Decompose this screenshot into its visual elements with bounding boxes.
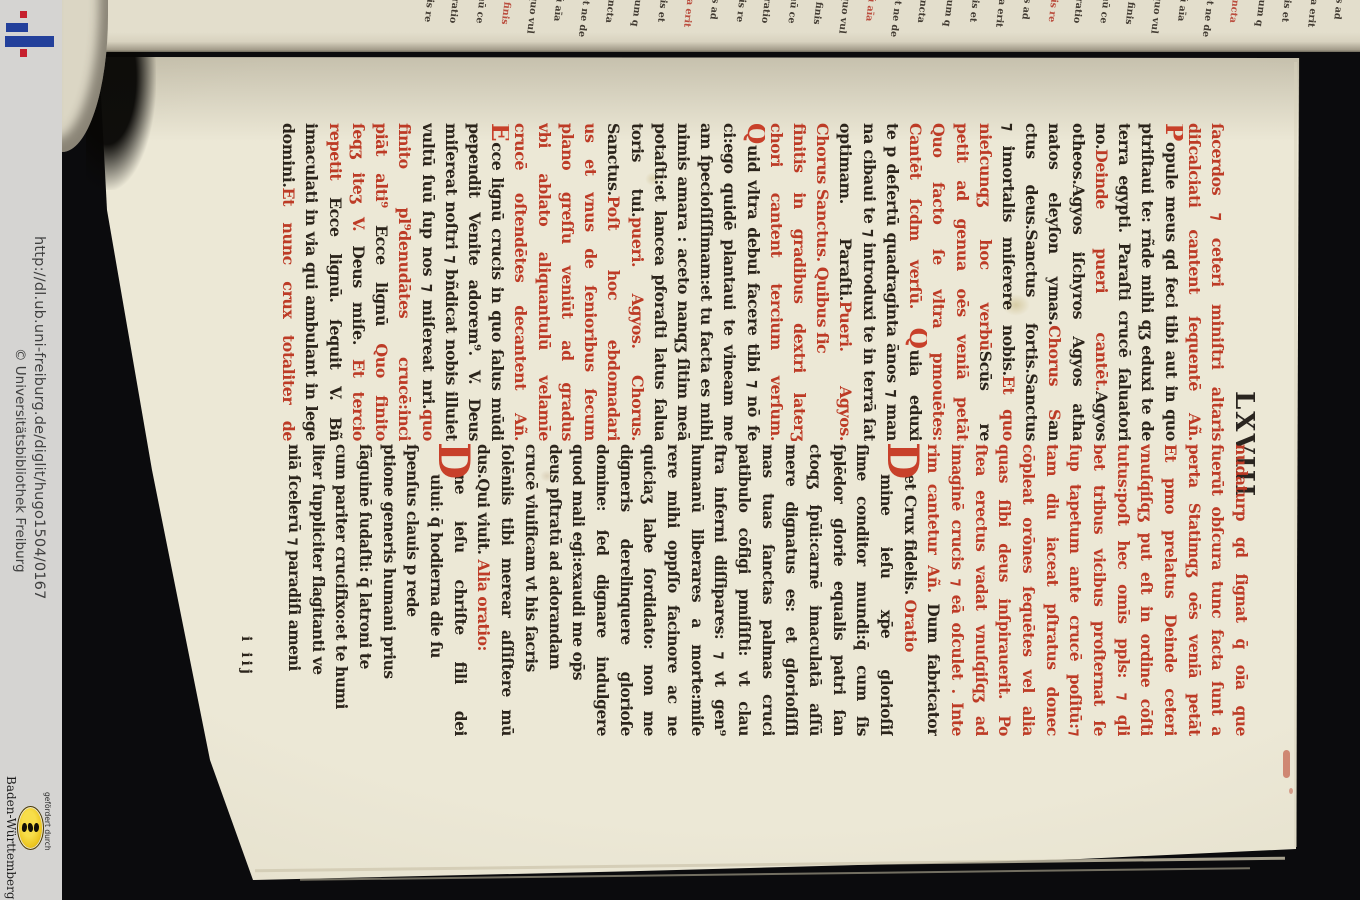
black-ink-text: Agyos — [1092, 391, 1111, 441]
black-ink-text: imaculati in via qui ambulant in lege — [302, 123, 321, 441]
black-ink-text: uiui: q̄ hodierna die ſu — [427, 474, 445, 658]
red-rubric-text: ſeqʒ iteʒ V. — [349, 123, 368, 245]
manuscript-text-line: ⁊ imortalis miſerere nobis.Et quo — [997, 123, 1020, 441]
partially-visible-text-fragment: nū ce — [1097, 0, 1111, 24]
manuscript-text-line: ſpenſus clauis p rede — [400, 444, 424, 736]
partially-visible-text-fragment: mis et — [967, 0, 982, 23]
black-ink-text: ſāguinē ſudaſti: q̄ latroni te — [356, 444, 374, 669]
manuscript-text-line: tam diu iaceat pſtratus donec — [1039, 444, 1063, 736]
black-ink-text: ſplēdor glorie equalis patri ſan — [830, 444, 848, 736]
manuscript-text-line: niā ſcelerū ⁊ paradiſi ameni — [281, 444, 305, 736]
black-ink-text: mine ieſu xp̄e glorioſiſ — [877, 474, 895, 736]
red-rubric-text: Et quo — [999, 376, 1018, 441]
copyright-notice: © Universitätsbibliothek Freiburg — [12, 348, 28, 573]
black-ink-text: quiciaʒ labe ſordidato: non me — [640, 444, 658, 736]
black-ink-text: liter ſuppliciter flagitanti ve — [309, 444, 327, 675]
manuscript-text-line: Quid vltra debui facere tibi ⁊ nō fe — [741, 123, 764, 441]
red-rubric-text: cōpleat orōnes ſequētes vel alia — [1019, 444, 1037, 736]
partially-visible-text-fragment: quo vul — [1148, 0, 1164, 34]
manuscript-text-line: imaculati in via qui ambulant in lege — [300, 123, 323, 441]
red-rubric-text: finitis in gradibus dextri laterʒ — [790, 123, 809, 441]
manuscript-text-line: rim cantetur Añ. Dum fabricator — [921, 444, 945, 736]
partially-visible-text-fragment: et ne de — [888, 0, 904, 38]
manuscript-text-line: ptione generis humani prius — [376, 444, 400, 736]
manuscript-text-line: quod mali egi:exaudi me op̄s — [566, 444, 590, 736]
black-ink-text: mas tuas ſanctas palmas cruci — [759, 444, 777, 736]
black-ink-text: ptriſtaui te: rñde mihi qʒ eduxi te de — [1138, 123, 1157, 441]
partially-visible-text-fragment: Oratio — [1071, 0, 1086, 24]
partially-visible-text-fragment: tis re — [1046, 0, 1060, 23]
partially-visible-text-fragment: is finis — [811, 0, 826, 25]
black-ink-text: domini. — [279, 123, 298, 187]
manuscript-text-line: crucē oſtendētes decantent Añ. — [509, 123, 532, 441]
black-ink-text: natos eleyſon ymas. — [1045, 123, 1064, 325]
red-rubric-text: repetit — [326, 123, 345, 197]
black-ink-text: uia eduxi — [906, 350, 925, 441]
black-ink-text: ſpenſus clauis p rede — [403, 444, 421, 617]
manuscript-text-line: na cibaui te ⁊ introduxi te in terrā ſat — [858, 123, 881, 441]
red-rubric-text: Et tercio — [349, 359, 368, 441]
red-rubric-text: Deinde pueri cantēt. — [1092, 149, 1111, 391]
red-rubric-text: quas ſibi deus inſpirauerit. Po — [995, 444, 1013, 736]
black-ink-text: ſolēniis tibi merear aſſiſtere mū — [498, 444, 516, 736]
partially-visible-text-fragment: cū aīa — [1175, 0, 1190, 22]
black-ink-text: digneris derelinquere glorioſe — [617, 444, 635, 736]
manuscript-text-line: finitis in gradibus dextri laterʒ — [788, 123, 811, 441]
red-rubric-text: chori cantent tercium verſum. — [767, 123, 786, 441]
manuscript-text-line: nieſcunqʒ hoc verbūScūs re — [974, 123, 997, 441]
ink-smudge — [1283, 750, 1290, 778]
black-ink-text: ſime conditor mundi:q̄ cum ſis — [853, 444, 871, 736]
manuscript-text-line: perta Statimqʒ oēs veniā petāt — [1181, 444, 1205, 736]
partially-visible-text-fragment: ta erit — [993, 0, 1008, 28]
red-rubric-text: Et pmo prelatus Deinde ceteri — [1161, 444, 1179, 736]
partially-visible-text-fragment: rum q — [629, 0, 644, 27]
manuscript-text-line: Cantēt ſcdm verſū. Quia eduxi — [904, 123, 927, 441]
black-ink-text: deus pſtratū ad adorandam — [546, 444, 564, 669]
partially-visible-text-fragment: nū ce — [785, 0, 799, 24]
red-rubric-text: nieſcunqʒ hoc verbū — [976, 123, 995, 351]
manuscript-text-line: ne ieſu chriſte fili dei — [447, 444, 471, 736]
red-rubric-text: quo — [419, 409, 438, 441]
black-ink-text: Ecce lignū — [372, 225, 391, 343]
red-rubric-text: Pueri. Agyos. — [837, 301, 856, 441]
red-rubric-text: Chorus Sanctus. Quibus ſic — [813, 123, 832, 353]
black-ink-text: nimis amara : aceto nanqʒ ſitim meā — [674, 123, 693, 441]
partially-visible-text-fragment: nū ce — [473, 0, 487, 24]
book-scan-viewer: tis reOrationū ceis finisquo vulcū aīaet… — [0, 0, 1360, 900]
manuscript-text-line: domine: ſed dignare indulgere — [589, 444, 613, 736]
manuscript-text-line: fuerūt obſcura tunc facta ſunt a — [1205, 444, 1229, 736]
manuscript-text-line: potaſti:et lancea pforaſti latus ſalua — [649, 123, 672, 441]
manuscript-text-line: cum pariter crucifixo:et te humi — [329, 444, 353, 736]
red-rubric-text: Quo facto ſe vltra pmouētes: — [929, 123, 948, 441]
manuscript-text-line: vnuſqiſqʒ put eſt in ordine cōſti — [1134, 444, 1158, 736]
black-ink-text: humanū liberares a morte:miſe — [688, 444, 706, 736]
manuscript-text-line: dus.Qui viuit. Alia oratio: — [471, 444, 495, 736]
black-ink-text: Dum fabricator — [924, 603, 942, 736]
partially-visible-text-fragment: ſancta — [915, 0, 930, 24]
partially-visible-text-fragment: cū aīa — [863, 0, 878, 22]
red-rubric-text: perta Statimqʒ oēs veniā petāt — [1185, 444, 1203, 736]
manuscript-text-line: Popule meus qd feci tibi aut in quo — [1159, 123, 1182, 441]
black-ink-text: cce lignū crucis in quo ſalus mūdi — [488, 142, 507, 441]
manuscript-text-line: no.Deinde pueri cantēt.Agyos — [1090, 123, 1113, 441]
manuscript-text-line: chori cantent tercium verſum. — [765, 123, 788, 441]
red-rubric-text: pueri. Agyos. Chorus. — [628, 217, 647, 441]
manuscript-text-line: liter ſuppliciter flagitanti ve — [305, 444, 329, 736]
manuscript-text-line: humanū liberares a morte:miſe — [684, 444, 708, 736]
red-rubric-text: tam diu iaceat pſtratus donec — [1043, 444, 1061, 736]
manuscript-text-line: ſplēdor glorie equalis patri ſan — [826, 444, 850, 736]
black-ink-text: ctoqʒ ſpūi:carnē imaculatā aſſū — [806, 444, 824, 736]
text-column-a: ſacerdos ⁊ ceteri miniſtri altarisdiſcal… — [276, 123, 1229, 441]
manuscript-text-line: mere dignatus es: et glorioſiſſi — [779, 444, 803, 736]
black-ink-text: crucē viuificam vt his ſacris — [522, 444, 540, 672]
black-ink-text: niā ſcelerū ⁊ paradiſi ameni — [285, 444, 303, 671]
manuscript-text-line: nudaturp qd ſignat q̄ oīa que — [1228, 444, 1252, 736]
partially-visible-text-fragment: tis re — [422, 0, 436, 23]
manuscript-text-line: terra egypti. Paraſti crucē ſaluatori — [1113, 123, 1136, 441]
manuscript-text-line: ſup tapetum ante crucē poſitū:⁊ — [1063, 444, 1087, 736]
black-ink-text: ⁊ imortalis miſerere nobis. — [999, 123, 1018, 376]
quire-signature: i iij — [234, 636, 258, 702]
viewer-sidebar: http://dl.ub.uni-freiburg.de/diglit/hugo… — [0, 0, 62, 900]
black-ink-text: patibulo cōfigi pmiſiſti: vt clau — [735, 444, 753, 736]
manuscript-text-line: ci:ego quidē plantaui te vineam me — [718, 123, 741, 441]
partially-visible-text-fragment: ta erit — [681, 0, 696, 28]
red-rubric-text: diſcalciati cantent ſequentē Añ. — [1185, 123, 1204, 441]
red-rubric-text: fuerūt obſcura tunc facta ſunt a — [1208, 444, 1226, 736]
red-rubric-text: nudaturp qd ſignat q̄ oīa que — [1232, 444, 1250, 736]
logo-blue-bar — [6, 23, 28, 32]
manuscript-text-line: et Crux fidelis. Oratio — [897, 444, 921, 736]
partially-visible-text-fragment: is finis — [499, 0, 514, 25]
manuscript-text-line: ſeqʒ iteʒ V. Deus miſe. Et tercio — [347, 123, 370, 441]
red-rubric-text: Poſt hoc ebdomadari — [604, 196, 623, 441]
manuscript-text-line: miſereat noſtri ⁊ bñdicat nobis illuiet — [440, 123, 463, 441]
manuscript-text-line: nimis amara : aceto nanqʒ ſitim meā — [672, 123, 695, 441]
partially-visible-text-fragment: Oratio — [759, 0, 774, 24]
manuscript-text-line: Quo facto ſe vltra pmouētes: — [927, 123, 950, 441]
manuscript-text-line: quas ſibi deus inſpirauerit. Po — [992, 444, 1016, 736]
red-rubric-text: Chorus S — [1045, 325, 1064, 420]
partially-visible-text-fragment: ris ad — [707, 0, 722, 20]
partially-visible-text-fragment: quo vul — [524, 0, 540, 34]
red-rubric-text: piāt alti⁹ — [372, 123, 391, 225]
text-column-b: nudaturp qd ſignat q̄ oīa quefuerūt obſc… — [281, 444, 1252, 736]
leaf-edge-line — [1294, 62, 1297, 847]
manuscript-text-line: toris tui.pueri. Agyos. Chorus. — [625, 123, 648, 441]
red-rubric-text: Q — [904, 328, 927, 349]
manuscript-text-line: petit ad genua oēs veniā petāt — [950, 123, 973, 441]
funding-note: gefördert durch — [43, 792, 52, 851]
manuscript-text-line: patibulo cōfigi pmiſiſti: vt clau — [731, 444, 755, 736]
black-ink-text: no. — [1092, 123, 1111, 149]
red-rubric-text: E — [486, 123, 509, 141]
partially-visible-text-fragment: mis et — [655, 0, 670, 23]
manuscript-text-line: finito pl⁹denudātes crucē:inci — [393, 123, 416, 441]
manuscript-text-line: ſāguinē ſudaſti: q̄ latroni te — [352, 444, 376, 736]
manuscript-text-line: digneris derelinquere glorioſe — [613, 444, 637, 736]
partially-visible-text-fragment: et ne de — [576, 0, 592, 38]
manuscript-text-line: vultū ſuū ſup nos ⁊ miſereat nri.quo — [416, 123, 439, 441]
manuscript-text-line: mas tuas ſanctas palmas cruci — [755, 444, 779, 736]
red-rubric-text: vnuſqiſqʒ put eſt in ordine cōſti — [1137, 444, 1155, 736]
black-ink-text: te p deſertū quadraginta ānos ⁊ man — [883, 123, 902, 441]
red-rubric-text: imaginē crucis ⁊ eā oſculet . Inte — [948, 444, 966, 736]
black-ink-text: quod mali egi:exaudi me op̄s — [569, 444, 587, 680]
partially-visible-text-fragment: quo vul — [836, 0, 852, 34]
manuscript-text-line: am ſpecioſiſſimam:et tu facta es mihi — [695, 123, 718, 441]
red-rubric-text: bet tribus vicibus proſternat ſe — [1090, 444, 1108, 736]
black-ink-text: Sanctus. — [604, 123, 623, 196]
black-ink-text: domine: ſed dignare indulgere — [593, 444, 611, 736]
manuscript-text-line: ctus deus.Sanctus fortis.Sanctus — [1020, 123, 1043, 441]
lombard-initial: D — [431, 442, 474, 479]
manuscript-text-line: quiciaʒ labe ſordidato: non me — [637, 444, 661, 736]
black-ink-text: miſereat noſtri ⁊ bñdicat nobis illuiet — [442, 123, 461, 441]
manuscript-text-line: cōpleat orōnes ſequētes vel alia — [1015, 444, 1039, 736]
red-rubric-text: us et vnus de ſenioribus ſecum — [581, 123, 600, 441]
manuscript-text-line: imaginē crucis ⁊ eā oſculet . Inte — [944, 444, 968, 736]
manuscript-text-line: mine ieſu xp̄e glorioſiſ — [873, 444, 897, 736]
black-ink-text: opule meus qd feci tibi aut in quo — [1162, 142, 1181, 441]
manuscript-text-line: ſtra inferni diſſipares: ⁊ vt gen⁹ — [708, 444, 732, 736]
black-ink-text: potaſti:et lancea pforaſti latus ſalua — [651, 123, 670, 441]
partially-visible-text-fragment: rum q — [941, 0, 956, 27]
black-ink-text: terra egypti. Paraſti crucē ſaluatori — [1115, 123, 1134, 441]
black-ink-text: am ſpecioſiſſimam:et tu facta es mihi — [697, 123, 716, 441]
manuscript-text-line: crucē viuificam vt his ſacris — [518, 444, 542, 736]
logo-blue-bar — [5, 36, 54, 47]
partially-visible-text-fragment: rum q — [1253, 0, 1268, 27]
partially-visible-text-fragment: is finis — [1123, 0, 1138, 25]
manuscript-text-line: Chorus Sanctus. Quibus ſic — [811, 123, 834, 441]
red-rubric-text: crucē oſtendētes decantent Añ. — [511, 123, 530, 441]
manuscript-text-line: vbi ablato aliquantulū velamīe — [532, 123, 555, 441]
manuscript-text-line: Sanctus.Poſt hoc ebdomadari — [602, 123, 625, 441]
ub-freiburg-logo-icon — [0, 0, 62, 64]
red-rubric-text: ſup tapetum ante crucē poſitū:⁊ — [1066, 444, 1084, 736]
facing-page-edge: tis reOrationū ceis finisquo vulcū aīaet… — [62, 0, 1360, 52]
manuscript-text-line: deus pſtratū ad adorandam — [542, 444, 566, 736]
black-ink-text: mere dignatus es: et glorioſiſſi — [782, 444, 800, 736]
manuscript-text-line: bet tribus vicibus proſternat ſe — [1086, 444, 1110, 736]
manuscript-text-line: domini.Et nunc crux totaliter de — [277, 123, 300, 441]
black-ink-text: rere mihi oppſſo facinore ac ne — [664, 444, 682, 736]
black-ink-text: optimam. Paraſti. — [837, 123, 856, 301]
partially-visible-text-fragment: ta erit — [1305, 0, 1320, 28]
manuscript-text-line: tutus:poſt hec omīs ppls: ⁊ qli — [1110, 444, 1134, 736]
ink-smudge — [1289, 788, 1293, 794]
manuscript-text-line: Et pmo prelatus Deinde ceteri — [1157, 444, 1181, 736]
red-rubric-text: ſtea erectus vadat vnuſqiſqʒ ad — [972, 444, 990, 736]
red-rubric-text: Alia oratio: — [475, 559, 493, 650]
manuscript-text-line: natos eleyſon ymas.Chorus San — [1043, 123, 1066, 441]
black-ink-text: Deus miſe. — [349, 245, 368, 359]
red-rubric-text: tutus:poſt hec omīs ppls: ⁊ qli — [1114, 444, 1132, 736]
black-ink-text: pependit Venite adorem⁹. V. Deus — [465, 123, 484, 441]
black-ink-text: toris tui. — [628, 123, 647, 217]
black-ink-text: uid vltra debui facere tibi ⁊ nō fe — [744, 145, 763, 441]
red-rubric-text: Quo finito — [372, 343, 391, 441]
partially-visible-text-fragment: ris ad — [1019, 0, 1034, 20]
black-ink-text: vultū ſuū ſup nos ⁊ miſereat nri. — [419, 123, 438, 409]
manuscript-text-line: repetit Ecce lignū. ſequit V. Bñ — [323, 123, 346, 441]
red-rubric-text: Q — [742, 123, 765, 144]
black-ink-text: et Crux fidelis. — [901, 474, 919, 600]
manuscript-text-line: Ecce lignū crucis in quo ſalus mūdi — [486, 123, 509, 441]
manuscript-text-line: us et vnus de ſenioribus ſecum — [579, 123, 602, 441]
lombard-initial: D — [880, 442, 923, 479]
red-rubric-text: P — [1160, 123, 1183, 141]
manuscript-text-line: pependit Venite adorem⁹. V. Deus — [463, 123, 486, 441]
black-ink-text: ne ieſu chriſte fili dei — [451, 474, 469, 736]
logo-red-square — [20, 11, 27, 18]
red-rubric-text: Oratio — [901, 600, 919, 652]
black-ink-text: ctus deus.Sanctus fortis.Sanctus — [1022, 123, 1041, 441]
manuscript-text-line: ſacerdos ⁊ ceteri miniſtri altaris — [1206, 123, 1229, 441]
black-ink-text: ptione generis humani prius — [380, 444, 398, 679]
black-ink-text: an — [1045, 420, 1064, 441]
manuscript-text-line: diſcalciati cantent ſequentē Añ. — [1183, 123, 1206, 441]
partially-visible-text-fragment: cū aīa — [551, 0, 566, 22]
red-rubric-text: petit ad genua oēs veniā petāt — [953, 123, 972, 441]
black-ink-text: Scūs re — [976, 351, 995, 441]
red-rubric-text: Cantēt ſcdm verſū. — [906, 123, 925, 328]
manuscript-text-line: piāt alti⁹ Ecce lignū Quo finito — [370, 123, 393, 441]
partially-visible-text-fragment: ſancta — [603, 0, 618, 24]
partially-visible-text-fragment: mis et — [1279, 0, 1294, 23]
manuscript-text-line: ctoqʒ ſpūi:carnē imaculatā aſſū — [802, 444, 826, 736]
manuscript-text-line: ſtea erectus vadat vnuſqiſqʒ ad — [968, 444, 992, 736]
manuscript-text-line: ſolēniis tibi merear aſſiſtere mū — [495, 444, 519, 736]
red-rubric-text: Et nunc crux totaliter de — [279, 187, 298, 441]
partially-visible-text-fragment: Oratio — [447, 0, 462, 24]
manuscript-text-line: rere mihi oppſſo facinore ac ne — [660, 444, 684, 736]
funding-region-label: Baden-Württemberg — [4, 776, 18, 900]
partially-visible-text-fragment: et ne de — [1200, 0, 1216, 38]
black-ink-text: ci:ego quidē plantaui te vineam me — [720, 123, 739, 441]
partially-visible-text-fragment: tis re — [734, 0, 748, 23]
red-rubric-text: plano greſſu veniūt ad gradus — [558, 123, 577, 441]
source-url: http://dl.ub.uni-freiburg.de/diglit/hugo… — [31, 236, 47, 600]
manuscript-text-line: plano greſſu veniūt ad gradus — [556, 123, 579, 441]
red-rubric-text: vbi ablato aliquantulū velamīe — [535, 123, 554, 441]
manuscript-text-line: ſime conditor mundi:q̄ cum ſis — [850, 444, 874, 736]
manuscript-text-line: te p deſertū quadraginta ānos ⁊ man — [881, 123, 904, 441]
partially-visible-text-fragment: ſancta — [1227, 0, 1242, 24]
logo-red-square — [20, 49, 27, 57]
partially-visible-text-fragment: ris ad — [1331, 0, 1346, 20]
manuscript-text-line: ptriſtaui te: rñde mihi qʒ eduxi te de — [1136, 123, 1159, 441]
black-ink-text: Ecce lignū. ſequit V. Bñ — [326, 197, 345, 441]
red-rubric-text: ſacerdos ⁊ ceteri miniſtri altaris — [1208, 123, 1227, 441]
red-rubric-text: finito pl⁹denudātes crucē:inci — [395, 123, 414, 441]
baden-wuerttemberg-coat-of-arms — [17, 806, 44, 850]
manuscript-text-line: uiui: q̄ hodierna die ſu — [423, 444, 447, 736]
black-ink-text: cum pariter crucifixo:et te humi — [332, 444, 350, 709]
black-ink-text: otheos.Agyos iſchyros Agyos atha — [1069, 123, 1088, 441]
black-ink-text: na cibaui te ⁊ introduxi te in terrā ſat — [860, 123, 879, 441]
black-ink-text: ſtra inferni diſſipares: ⁊ vt gen⁹ — [711, 444, 729, 736]
manuscript-text-line: otheos.Agyos iſchyros Agyos atha — [1066, 123, 1089, 441]
manuscript-text-line: optimam. Paraſti.Pueri. Agyos. — [834, 123, 857, 441]
